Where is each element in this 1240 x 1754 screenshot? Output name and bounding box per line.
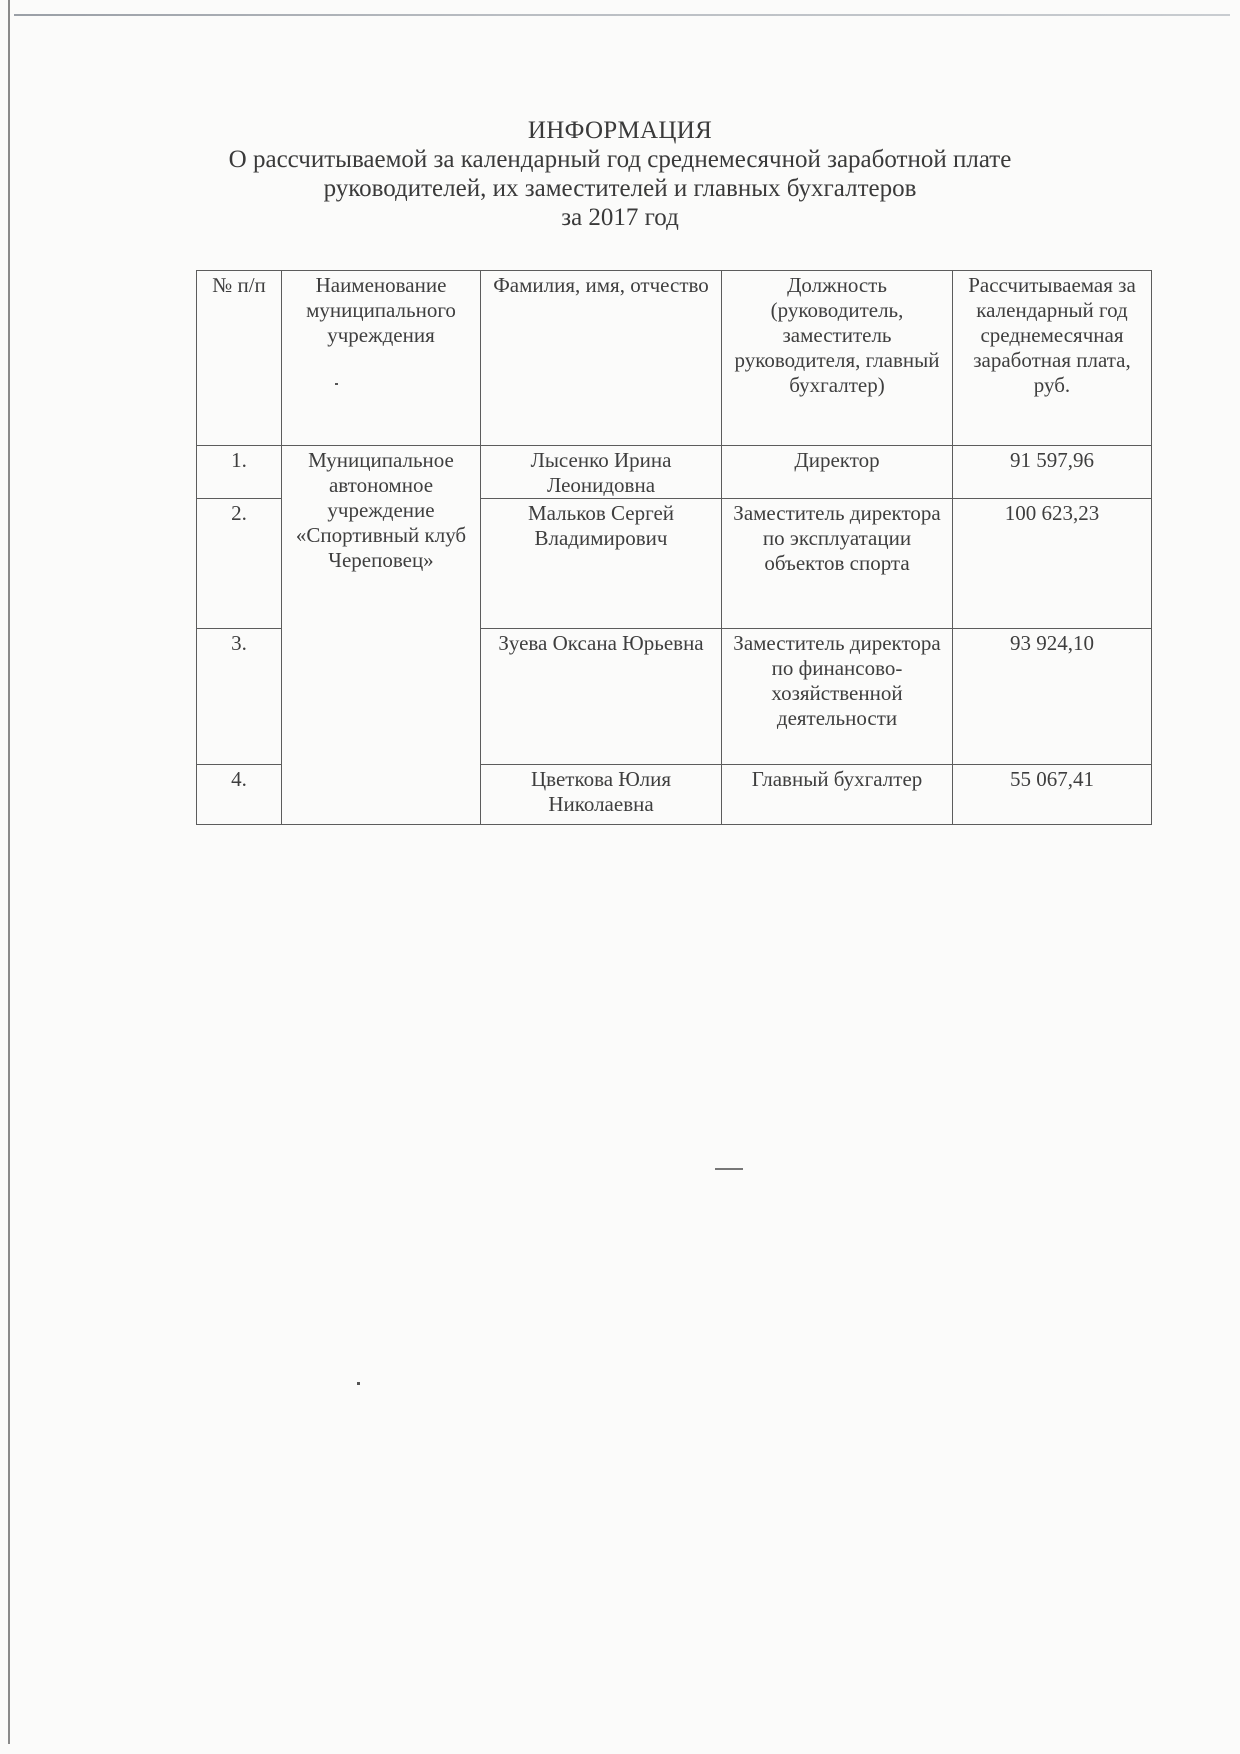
document-title: ИНФОРМАЦИЯ <box>0 116 1240 145</box>
scan-speck <box>335 383 338 385</box>
scan-speck <box>357 1382 360 1385</box>
organization-name: Муниципальное автономное учреждение «Спо… <box>282 446 481 825</box>
scan-edge-left <box>8 0 10 1744</box>
row-number: 4. <box>197 765 282 825</box>
scan-edge-top <box>14 14 1230 16</box>
employee-name: Мальков Сергей Владимирович <box>481 499 722 629</box>
employee-position: Заместитель директора по эксплуатации об… <box>722 499 953 629</box>
header-full-name: Фамилия, имя, отчество <box>481 271 722 446</box>
row-number: 2. <box>197 499 282 629</box>
employee-salary: 91 597,96 <box>953 446 1152 499</box>
document-heading: ИНФОРМАЦИЯ О рассчитываемой за календарн… <box>0 116 1240 232</box>
header-salary: Рассчитываемая за календарный год средне… <box>953 271 1152 446</box>
header-number: № п/п <box>197 271 282 446</box>
employee-name: Зуева Оксана Юрьевна <box>481 629 722 765</box>
row-number: 1. <box>197 446 282 499</box>
employee-position: Главный бухгалтер <box>722 765 953 825</box>
employee-position: Заместитель директора по финансово-хозяй… <box>722 629 953 765</box>
employee-salary: 93 924,10 <box>953 629 1152 765</box>
table-row: 1. Муниципальное автономное учреждение «… <box>197 446 1152 499</box>
employee-name: Цветкова Юлия Николаевна <box>481 765 722 825</box>
salary-table: № п/п Наименование муниципального учрежд… <box>196 270 1152 825</box>
header-position: Должность (руководитель, заместитель рук… <box>722 271 953 446</box>
employee-salary: 55 067,41 <box>953 765 1152 825</box>
table-header-row: № п/п Наименование муниципального учрежд… <box>197 271 1152 446</box>
row-number: 3. <box>197 629 282 765</box>
employee-name: Лысенко Ирина Леонидовна <box>481 446 722 499</box>
employee-position: Директор <box>722 446 953 499</box>
subtitle-line-1: О рассчитываемой за календарный год сред… <box>0 145 1240 174</box>
scan-speck <box>715 1168 743 1170</box>
header-organization: Наименование муниципального учреждения <box>282 271 481 446</box>
subtitle-line-2: руководителей, их заместителей и главных… <box>0 174 1240 203</box>
subtitle-line-3: за 2017 год <box>0 203 1240 232</box>
employee-salary: 100 623,23 <box>953 499 1152 629</box>
